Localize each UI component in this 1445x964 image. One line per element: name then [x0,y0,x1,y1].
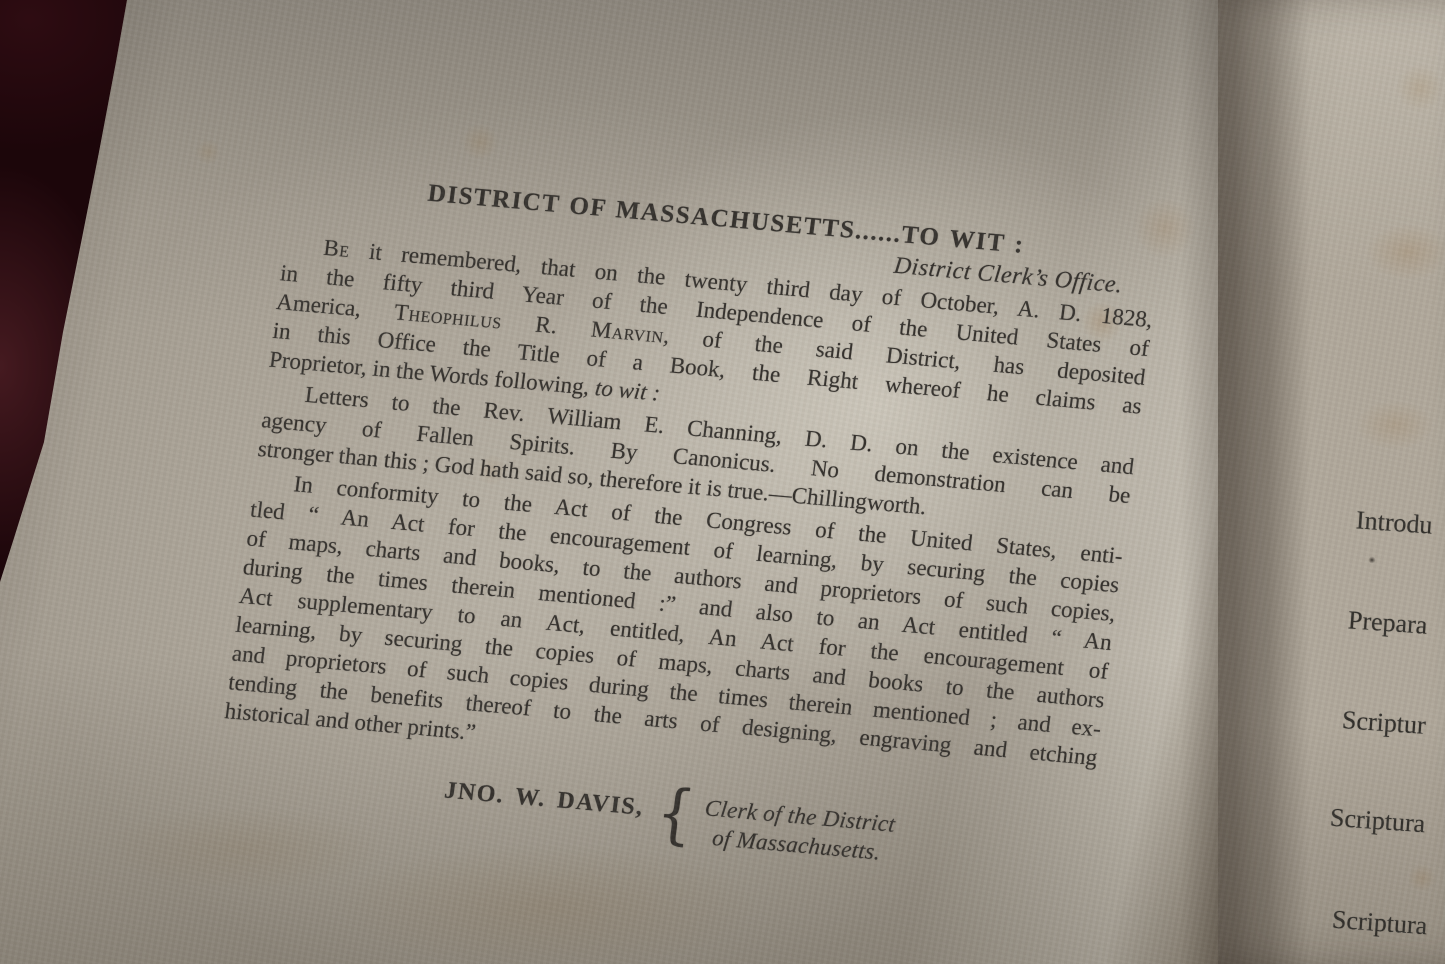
toc-fragment-preparation: Prepara [1347,605,1428,640]
toc-fragment-scripture-2: Scriptura [1329,803,1426,840]
copyright-text-block: DISTRICT OF MASSACHUSETTS......TO WIT : … [213,156,1164,884]
right-book-page: Introdu Prepara Scriptur Scriptura Scrip… [1208,0,1445,964]
toc-fragment-scripture-3: Scriptura [1331,905,1428,942]
photo-background: DISTRICT OF MASSACHUSETTS......TO WIT : … [0,0,1445,964]
signature-brace: { [653,775,699,852]
left-book-page: DISTRICT OF MASSACHUSETTS......TO WIT : … [0,0,1218,964]
clerk-title: Clerk of the Districtof Massachusetts. [700,783,899,867]
toc-fragment-scripture-1: Scriptur [1341,705,1427,741]
to-wit-italic: to wit : [594,375,662,406]
toc-fragment-introduction: Introdu [1355,505,1433,540]
clerk-name: JNO. W. DAVIS, [443,761,648,823]
deposit-lead-smallcaps: Be [322,235,351,262]
